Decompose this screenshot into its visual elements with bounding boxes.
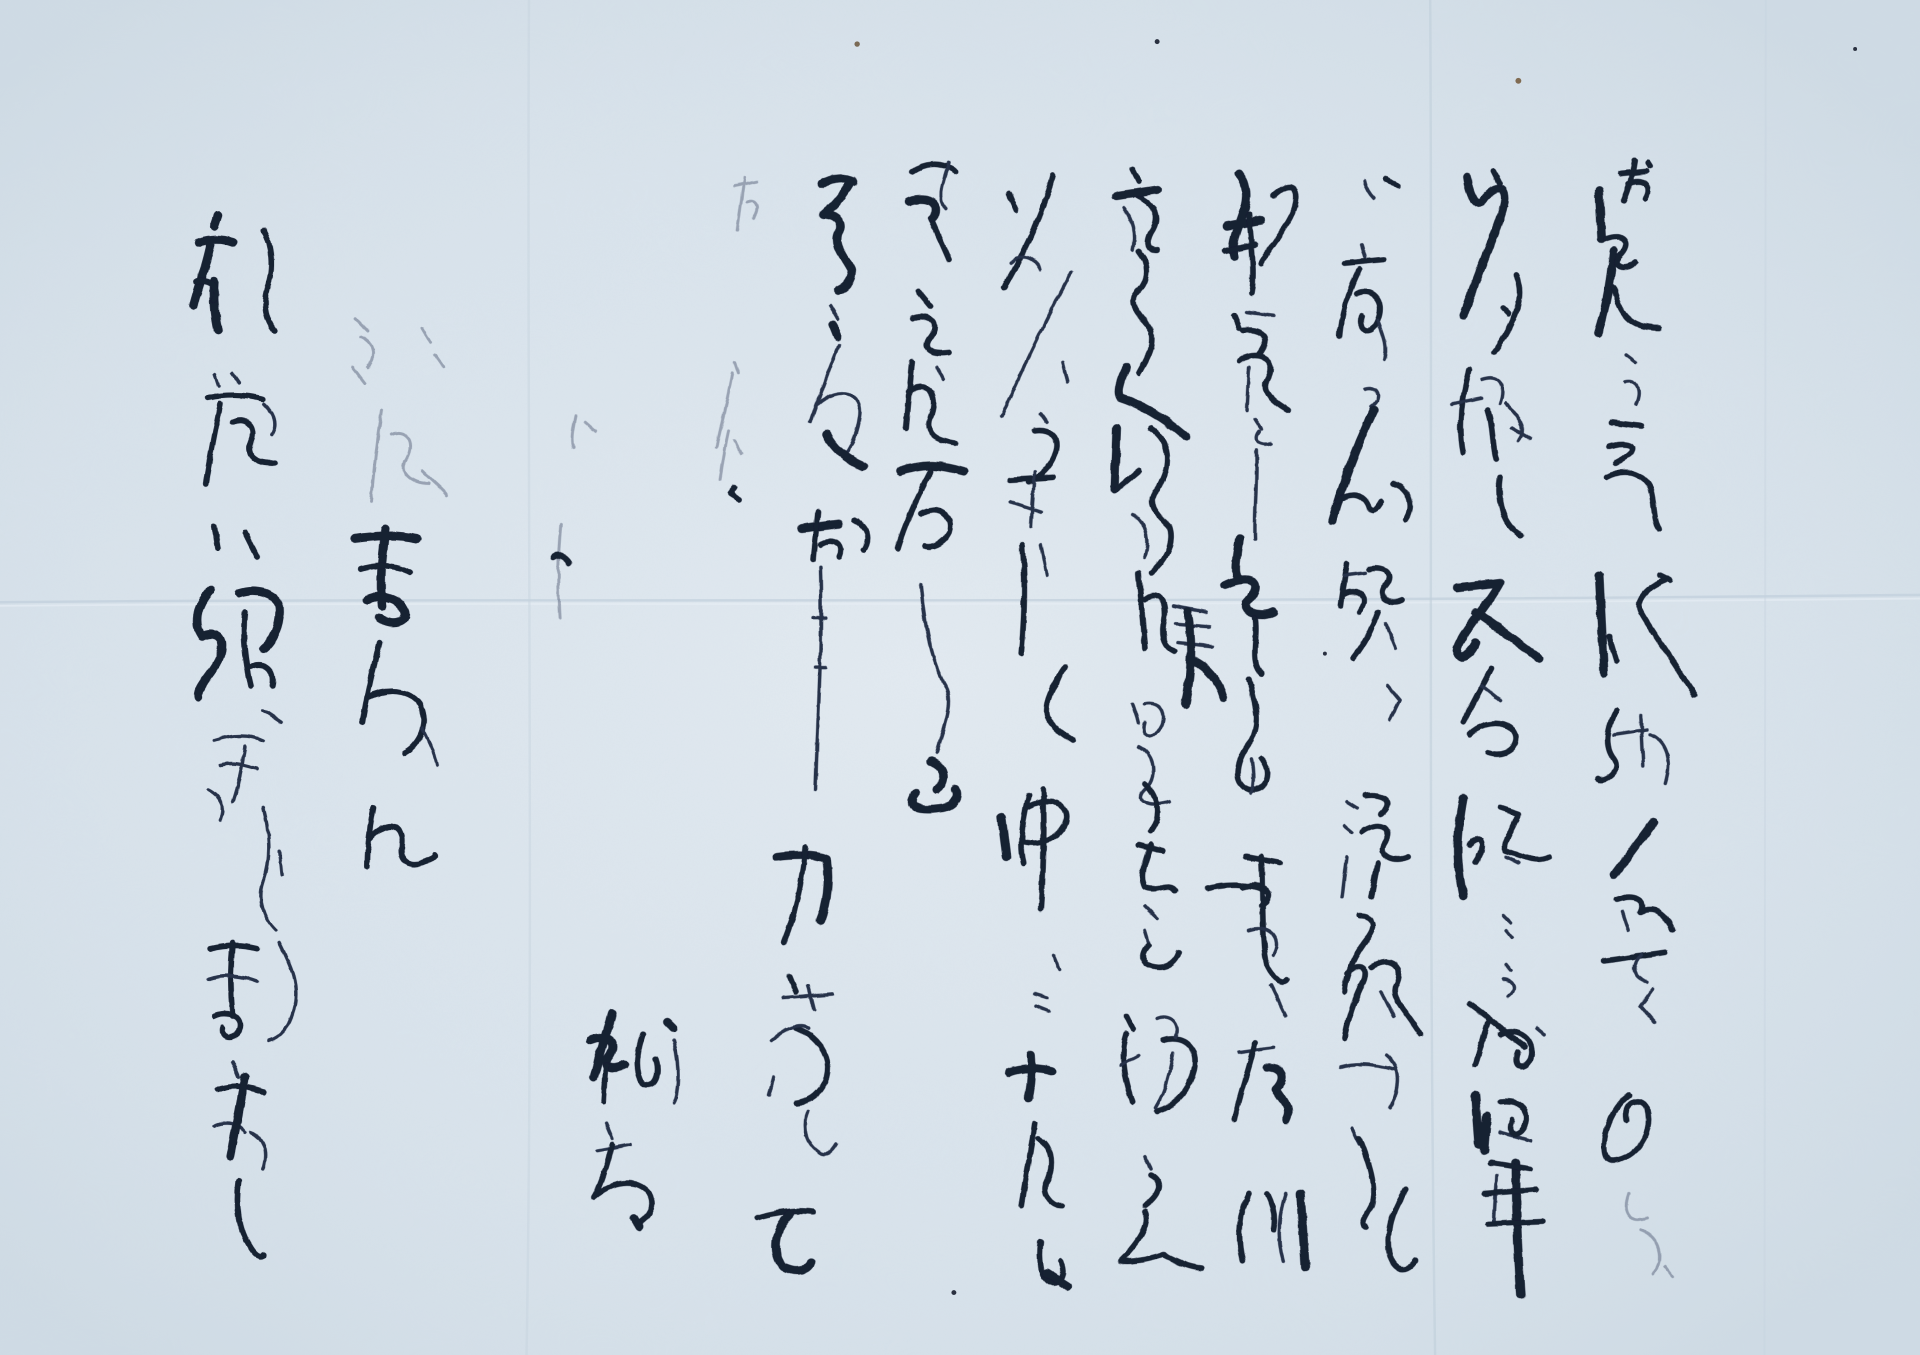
paper-speck [1515, 78, 1521, 84]
glyph-stroke [1599, 575, 1604, 673]
glyph-stroke [634, 1218, 639, 1227]
glyph-stroke [1117, 190, 1157, 196]
paper-speck [1323, 652, 1327, 656]
paper-speck [951, 1290, 956, 1295]
paper-speck [1853, 47, 1857, 51]
paper-speck [1155, 39, 1160, 44]
letter-image [0, 0, 1920, 1355]
letter-sheet [0, 0, 1920, 1355]
glyph-stroke [1251, 759, 1253, 793]
glyph-stroke [1002, 818, 1007, 857]
paper-speck [854, 41, 859, 46]
